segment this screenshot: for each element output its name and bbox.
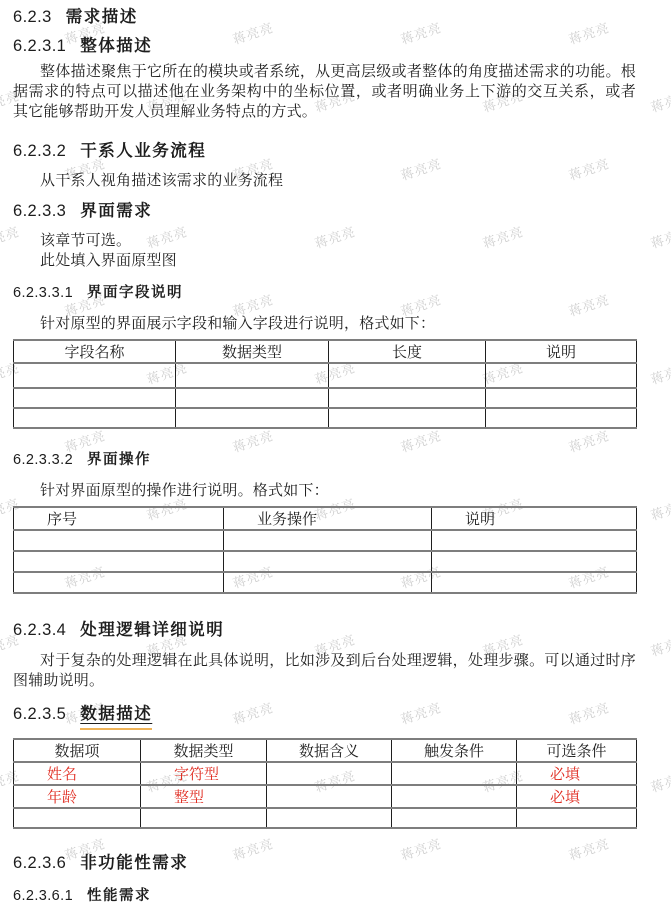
watermark-text: 蒋亮亮: [648, 357, 671, 388]
paragraph-ui-optional: 该章节可选。: [13, 231, 636, 251]
paragraph-field-intro: 针对原型的界面展示字段和输入字段进行说明，格式如下：: [13, 314, 636, 334]
heading-6-2-3-4: 6.2.3.4 处理逻辑详细说明: [13, 621, 636, 640]
heading-title: 处理逻辑详细说明: [80, 621, 224, 640]
table-cell: 年龄: [14, 785, 141, 808]
table-cell: [432, 530, 637, 551]
table-header-cell: 序号: [14, 507, 224, 530]
table-row: 年龄 整型 必填: [14, 785, 637, 808]
heading-number: 6.2.3.4: [13, 621, 66, 640]
table-header-cell: 长度: [329, 340, 486, 363]
table-cell: 必填: [517, 785, 637, 808]
heading-6-2-3-1: 6.2.3.1 整体描述: [13, 37, 636, 56]
heading-title: 干系人业务流程: [80, 142, 206, 161]
heading-number: 6.2.3.1: [13, 37, 66, 56]
table-cell: [267, 762, 392, 785]
heading-number: 6.2.3.3.2: [13, 451, 73, 470]
table-row: 姓名 字符型 必填: [14, 762, 637, 785]
heading-title: 整体描述: [80, 37, 152, 56]
field-description-table: 字段名称 数据类型 长度 说明: [13, 339, 637, 429]
table-cell: [14, 551, 224, 572]
table-row: [14, 808, 637, 828]
heading-6-2-3-2: 6.2.3.2 干系人业务流程: [13, 142, 636, 161]
table-cell: [329, 363, 486, 388]
heading-title: 界面需求: [80, 202, 152, 221]
heading-6-2-3-3-1: 6.2.3.3.1 界面字段说明: [13, 284, 636, 303]
heading-6-2-3-6: 6.2.3.6 非功能性需求: [13, 854, 636, 873]
table-cell: [224, 551, 432, 572]
heading-title: 需求描述: [66, 8, 138, 27]
watermark-text: 蒋亮亮: [648, 765, 671, 796]
table-cell: [141, 808, 267, 828]
table-cell: [176, 408, 329, 428]
heading-title-underlined: 数据描述: [80, 705, 152, 730]
paragraph-logic-detail: 对于复杂的处理逻辑在此具体说明，比如涉及到后台处理逻辑，处理步骤。可以通过时序图…: [13, 651, 636, 691]
heading-number: 6.2.3.3: [13, 202, 66, 221]
paragraph-overall-description: 整体描述聚焦于它所在的模块或者系统，从更高层级或者整体的角度描述需求的功能。根据…: [13, 62, 636, 122]
table-cell: 整型: [141, 785, 267, 808]
heading-number: 6.2.3.5: [13, 705, 66, 724]
table-row: [14, 408, 637, 428]
heading-6-2-3-5: 6.2.3.5 数据描述: [13, 705, 636, 730]
table-cell: 必填: [517, 762, 637, 785]
data-description-table: 数据项 数据类型 数据含义 触发条件 可选条件 姓名 字符型 必填 年龄 整型 …: [13, 738, 637, 829]
table-header-cell: 数据类型: [141, 739, 267, 762]
table-cell: [392, 762, 517, 785]
watermark-text: 蒋亮亮: [648, 629, 671, 660]
table-row: [14, 363, 637, 388]
table-row: [14, 388, 637, 408]
paragraph-operation-intro: 针对界面原型的操作进行说明。格式如下：: [13, 481, 636, 501]
table-cell: [392, 785, 517, 808]
table-cell: [392, 808, 517, 828]
table-cell: [176, 363, 329, 388]
table-cell: [329, 408, 486, 428]
heading-title: 界面操作: [87, 451, 151, 470]
document-page: 蒋亮亮蒋亮亮蒋亮亮蒋亮亮蒋亮亮蒋亮亮蒋亮亮蒋亮亮蒋亮亮蒋亮亮蒋亮亮蒋亮亮蒋亮亮蒋…: [0, 0, 671, 910]
table-row: [14, 572, 637, 593]
table-header-row: 数据项 数据类型 数据含义 触发条件 可选条件: [14, 739, 637, 762]
table-header-cell: 说明: [432, 507, 637, 530]
table-header-cell: 数据类型: [176, 340, 329, 363]
heading-title: 界面字段说明: [87, 284, 183, 303]
table-cell: [517, 808, 637, 828]
table-cell: [224, 572, 432, 593]
table-header-cell: 说明: [486, 340, 637, 363]
table-header-cell: 字段名称: [14, 340, 176, 363]
table-cell: [329, 388, 486, 408]
table-cell: [267, 808, 392, 828]
table-header-cell: 触发条件: [392, 739, 517, 762]
table-header-row: 序号 业务操作 说明: [14, 507, 637, 530]
table-header-row: 字段名称 数据类型 长度 说明: [14, 340, 637, 363]
watermark-text: 蒋亮亮: [648, 221, 671, 252]
table-cell: [432, 572, 637, 593]
watermark-text: 蒋亮亮: [648, 85, 671, 116]
watermark-text: 蒋亮亮: [648, 493, 671, 524]
table-cell: 字符型: [141, 762, 267, 785]
table-cell: [486, 388, 637, 408]
table-header-cell: 数据项: [14, 739, 141, 762]
table-cell: [176, 388, 329, 408]
table-cell: [14, 808, 141, 828]
table-cell: [486, 408, 637, 428]
heading-number: 6.2.3.6: [13, 854, 66, 873]
heading-title: 非功能性需求: [80, 854, 188, 873]
heading-number: 6.2.3.2: [13, 142, 66, 161]
table-cell: [14, 572, 224, 593]
heading-6-2-3-6-1: 6.2.3.6.1 性能需求: [13, 887, 636, 906]
paragraph-ui-prototype: 此处填入界面原型图: [13, 251, 636, 271]
table-cell: 姓名: [14, 762, 141, 785]
table-cell: [14, 530, 224, 551]
paragraph-stakeholder-flow: 从干系人视角描述该需求的业务流程: [13, 171, 636, 191]
heading-6-2-3-3: 6.2.3.3 界面需求: [13, 202, 636, 221]
table-cell: [14, 408, 176, 428]
table-header-cell: 数据含义: [267, 739, 392, 762]
table-cell: [486, 363, 637, 388]
operation-table: 序号 业务操作 说明: [13, 506, 637, 594]
table-cell: [14, 363, 176, 388]
heading-number: 6.2.3: [13, 8, 52, 27]
table-cell: [267, 785, 392, 808]
heading-number: 6.2.3.6.1: [13, 887, 73, 906]
heading-title: 性能需求: [87, 887, 151, 906]
heading-6-2-3-3-2: 6.2.3.3.2 界面操作: [13, 451, 636, 470]
table-cell: [14, 388, 176, 408]
table-row: [14, 551, 637, 572]
table-header-cell: 可选条件: [517, 739, 637, 762]
table-cell: [224, 530, 432, 551]
table-row: [14, 530, 637, 551]
heading-6-2-3: 6.2.3 需求描述: [13, 8, 636, 27]
table-cell: [432, 551, 637, 572]
table-header-cell: 业务操作: [224, 507, 432, 530]
heading-number: 6.2.3.3.1: [13, 284, 73, 303]
